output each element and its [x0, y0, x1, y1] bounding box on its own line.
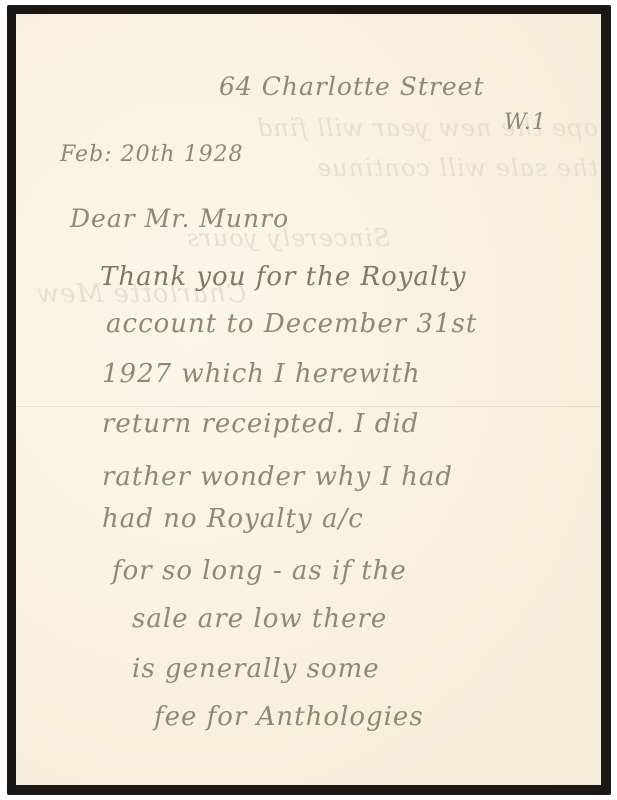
body-line: return receipted. I did: [102, 409, 419, 439]
body-line: for so long - as if the: [112, 556, 407, 586]
body-line: sale are low there: [132, 604, 387, 634]
body-line: account to December 31st: [106, 309, 477, 339]
body-line: rather wonder why I had: [102, 462, 453, 492]
address-line-1: 64 Charlotte Street: [219, 72, 484, 101]
body-line: fee for Anthologies: [154, 702, 424, 732]
show-through-line: the sale will continue: [316, 154, 598, 182]
address-line-2: W.1: [504, 110, 547, 135]
body-line: Thank you for the Royalty: [100, 262, 466, 292]
show-through-line: I hope the new year will find: [256, 114, 601, 142]
letter-date: Feb: 20th 1928: [60, 142, 244, 167]
letter-border: I hope the new year will find the sale w…: [7, 5, 611, 795]
paper-fold-line: [16, 406, 601, 407]
body-line: is generally some: [132, 654, 380, 684]
body-line: had no Royalty a/c: [102, 504, 364, 534]
salutation: Dear Mr. Munro: [70, 204, 289, 233]
letter-paper: I hope the new year will find the sale w…: [16, 14, 601, 785]
body-line: 1927 which I herewith: [102, 359, 421, 389]
